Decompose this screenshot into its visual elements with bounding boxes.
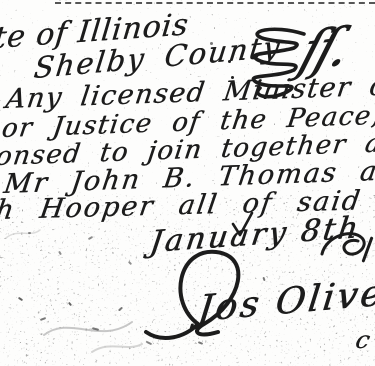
scanned-document-page: te of Illinois Shelby County ſſ. Any lic… xyxy=(0,0,375,366)
ink-dot xyxy=(228,60,231,63)
ink-dot xyxy=(210,42,213,45)
ink-fleck xyxy=(28,232,31,234)
ink-dot xyxy=(231,76,234,79)
scan-top-edge-line xyxy=(55,2,375,4)
